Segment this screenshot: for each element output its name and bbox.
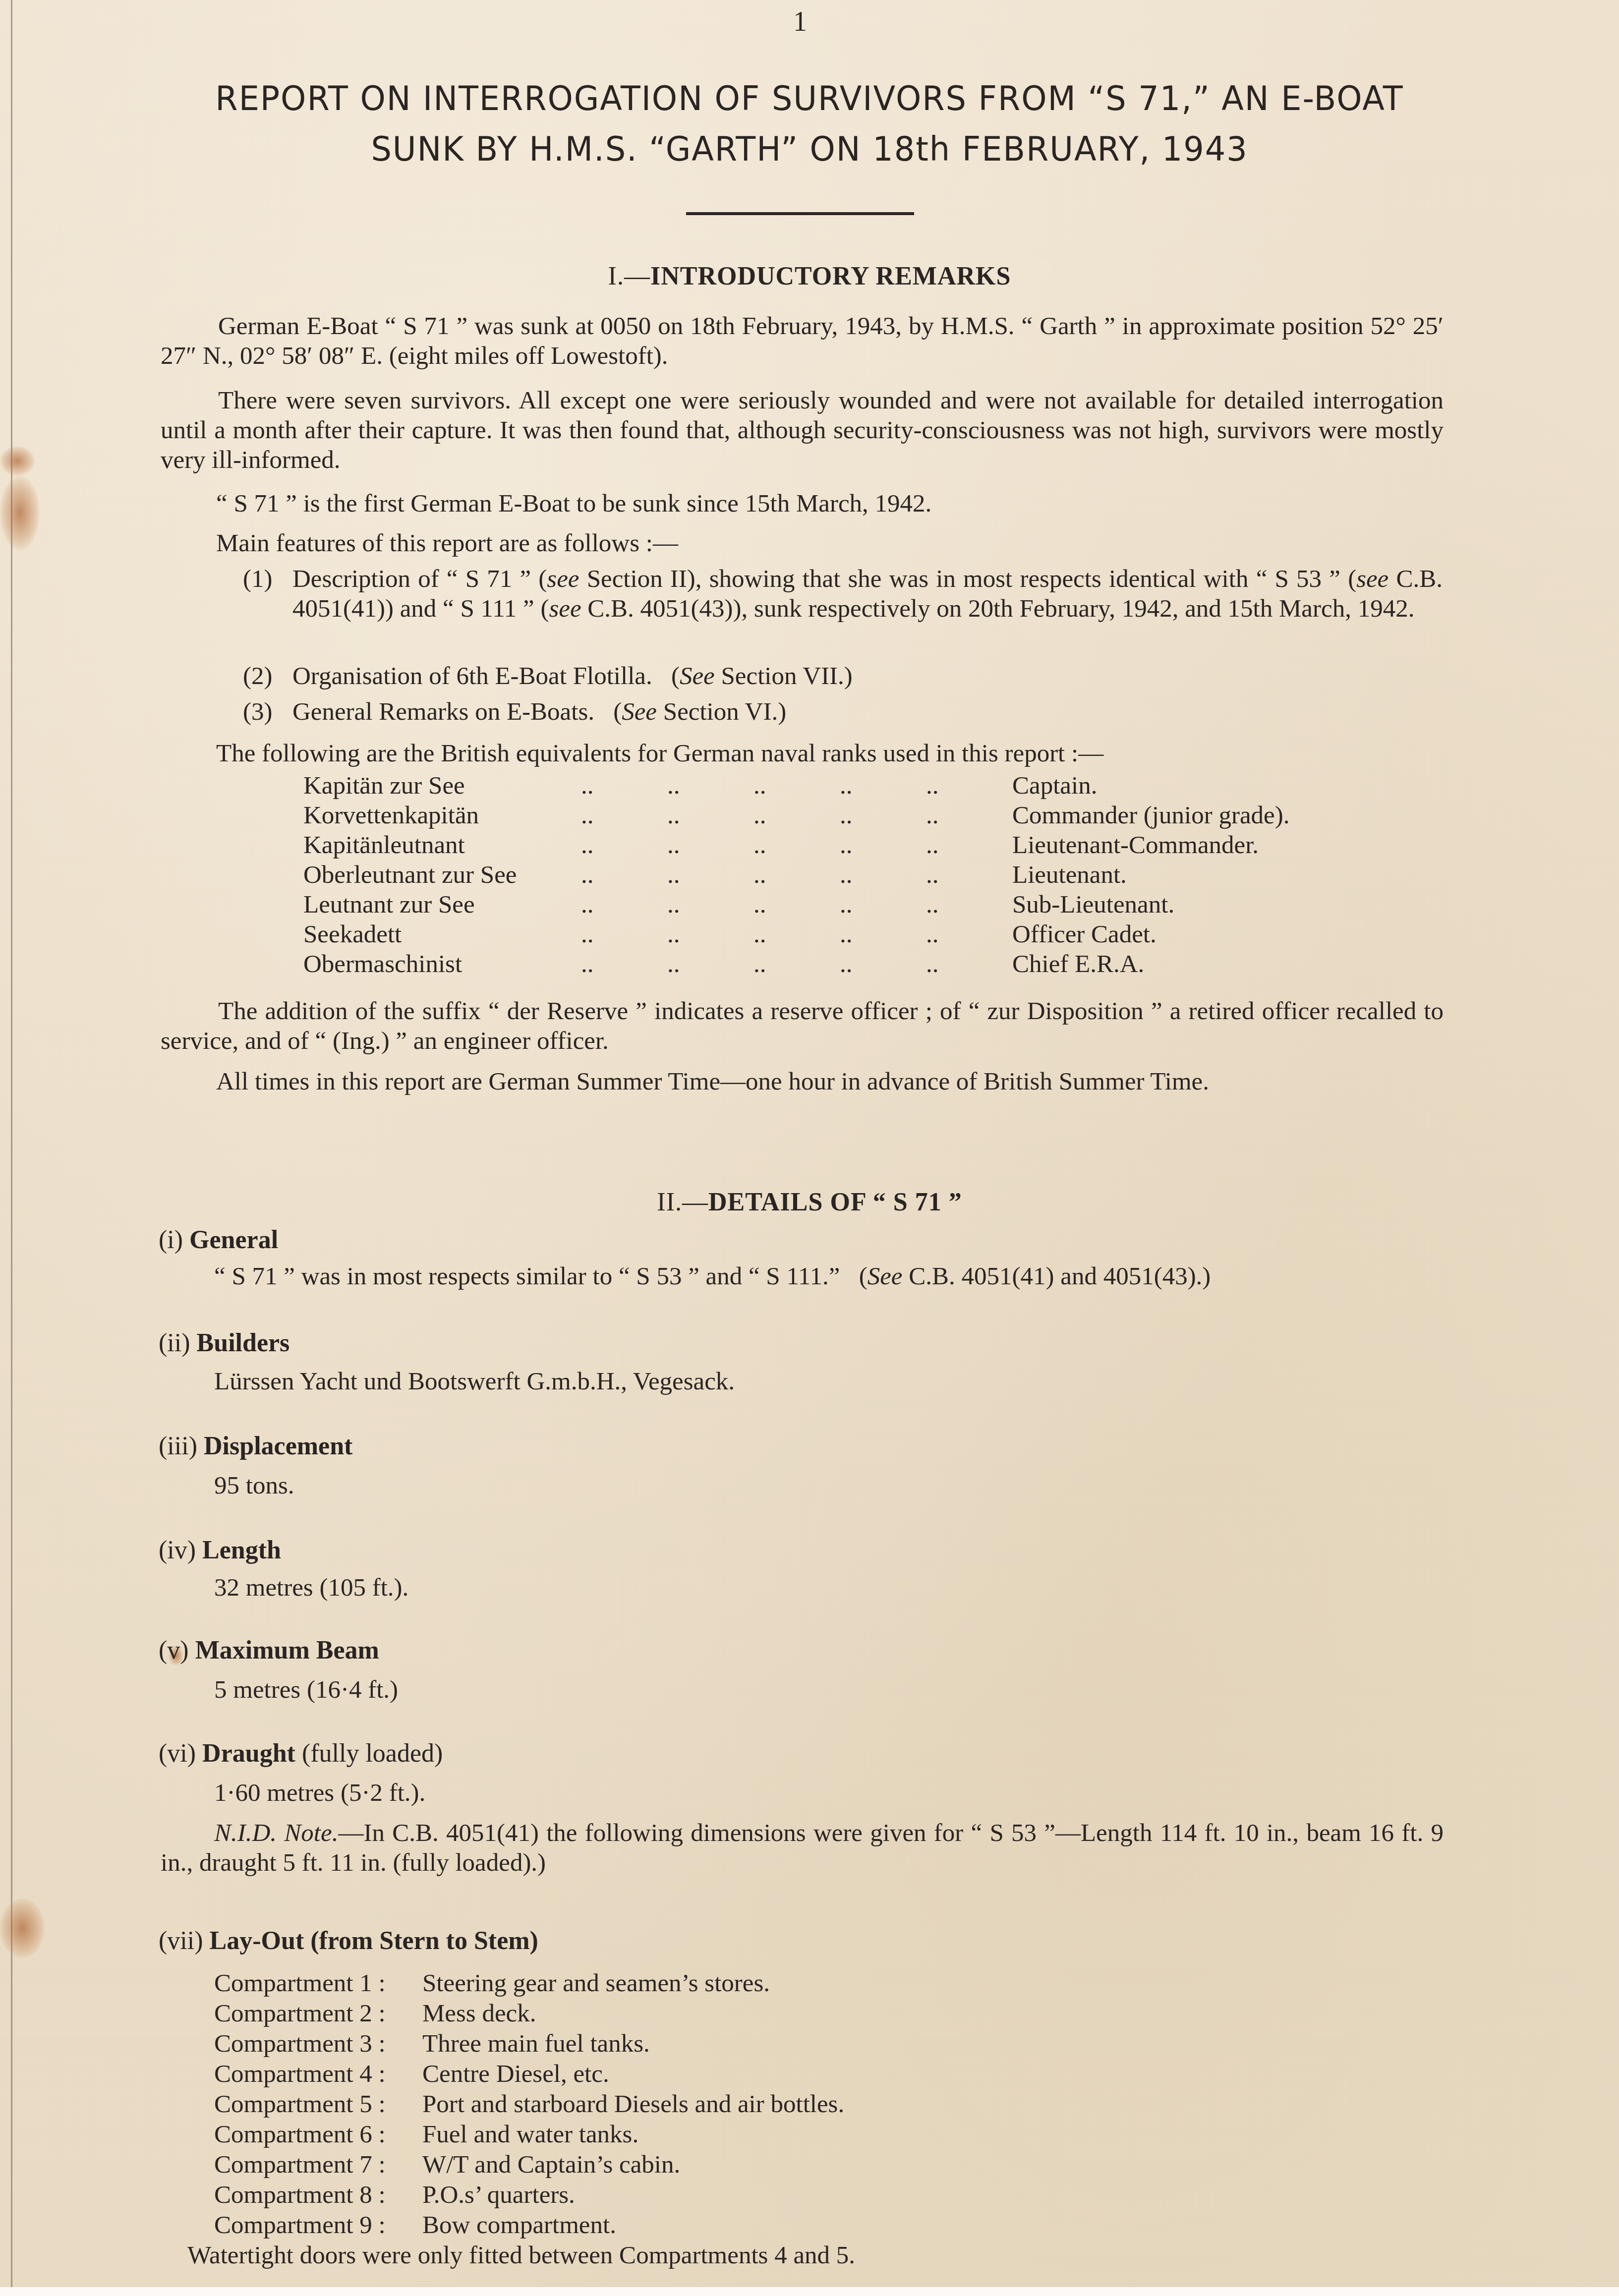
dots: ..: [926, 920, 1012, 949]
rank-row: Seekadett..........Officer Cadet.: [303, 920, 1394, 950]
feature-text: General Remarks on E-Boats. (See Section…: [292, 697, 1433, 727]
compartment-description: Centre Diesel, etc.: [422, 2060, 609, 2088]
dots: ..: [753, 831, 840, 860]
feature-item-2: (2) Organisation of 6th E-Boat Flotilla.…: [243, 661, 1447, 691]
section-2-heading: II.—DETAILS OF “ S 71 ”: [0, 1188, 1619, 1217]
compartment-name: Compartment 5 :: [214, 2090, 422, 2119]
compartment-name: Compartment 9 :: [214, 2211, 422, 2239]
text: C.B. 4051(41) and 4051(43).): [903, 1263, 1211, 1290]
rank-row: Kapitänleutnant..........Lieutenant-Comm…: [303, 831, 1394, 861]
compartment-description: W/T and Captain’s cabin.: [422, 2151, 680, 2179]
section-1-heading: I.—INTRODUCTORY REMARKS: [0, 262, 1619, 291]
rank-row: Korvettenkapitän..........Commander (jun…: [303, 801, 1394, 831]
detail-beam-value: 5 metres (16·4 ft.): [214, 1675, 398, 1704]
rank-row: Leutnant zur See..........Sub-Lieutenant…: [303, 890, 1394, 920]
item-number: (ii): [159, 1329, 190, 1357]
compartment-description: Three main fuel tanks.: [422, 2030, 650, 2058]
dots: ..: [926, 890, 1012, 919]
rank-row: Oberleutnant zur See..........Lieutenant…: [303, 861, 1394, 890]
german-rank: Leutnant zur See: [303, 890, 475, 919]
text: —In C.B. 4051(41) the following dimensio…: [161, 1819, 1444, 1877]
item-number: (vi): [159, 1739, 196, 1768]
item-label: Maximum Beam: [195, 1636, 379, 1665]
dots: ..: [840, 920, 926, 949]
dots: ..: [667, 771, 753, 800]
text: see: [547, 565, 579, 593]
compartment-description: Fuel and water tanks.: [422, 2121, 638, 2148]
rank-row: Obermaschinist..........Chief E.R.A.: [303, 950, 1394, 979]
dots: ..: [581, 801, 667, 830]
intro-paragraph-first-sunk: “ S 71 ” is the first German E-Boat to b…: [216, 489, 931, 518]
suffix-paragraph: The addition of the suffix “ der Reserve…: [161, 996, 1444, 1056]
british-rank: Sub-Lieutenant.: [1012, 890, 1174, 919]
feature-text: Description of “ S 71 ” (see Section II)…: [292, 564, 1443, 624]
compartment-name: Compartment 8 :: [214, 2181, 422, 2209]
detail-general-heading: (i) General: [159, 1225, 278, 1255]
british-rank: Commander (junior grade).: [1012, 801, 1289, 830]
leader-dots: ..........: [581, 831, 1012, 860]
compartment-row: Compartment 5 :Port and starboard Diesel…: [214, 2090, 844, 2119]
leader-dots: ..........: [581, 861, 1012, 889]
dots: ..: [926, 801, 1012, 830]
dots: ..: [753, 920, 840, 949]
text: Section II), showing that she was in mos…: [579, 565, 1356, 593]
item-label: Length: [202, 1536, 281, 1564]
compartment-row: Compartment 9 :Bow compartment.: [214, 2211, 616, 2239]
dots: ..: [926, 861, 1012, 889]
leader-dots: ..........: [581, 950, 1012, 978]
compartment-description: P.O.s’ quarters.: [422, 2181, 575, 2209]
watertight-note: Watertight doors were only fitted betwee…: [187, 2240, 855, 2270]
dots: ..: [581, 831, 667, 860]
compartment-row: Compartment 2 :Mess deck.: [214, 1999, 536, 2028]
dots: ..: [581, 861, 667, 889]
text: see: [549, 595, 581, 623]
feature-marker: (1): [243, 564, 272, 594]
text: “ S 71 ” was in most respects similar to…: [214, 1263, 840, 1290]
detail-layout-heading: (vii) Lay-Out (from Stern to Stem): [159, 1926, 538, 1955]
detail-displacement-heading: (iii) Displacement: [159, 1432, 352, 1461]
dots: ..: [840, 950, 926, 978]
item-label-suffix: (fully loaded): [295, 1739, 443, 1768]
leader-dots: ..........: [581, 801, 1012, 830]
detail-length-value: 32 metres (105 ft.).: [214, 1573, 408, 1602]
dots: ..: [667, 890, 753, 919]
text: See: [867, 1263, 903, 1290]
item-label: Builders: [197, 1329, 290, 1357]
compartment-row: Compartment 6 :Fuel and water tanks.: [214, 2120, 638, 2149]
dots: ..: [753, 890, 840, 919]
text: N.I.D. Note.: [214, 1819, 338, 1847]
dots: ..: [840, 861, 926, 889]
text: General Remarks on E-Boats.: [292, 698, 594, 726]
text: Section VI.): [657, 698, 786, 726]
german-rank: Korvettenkapitän: [303, 801, 479, 830]
british-rank: Chief E.R.A.: [1012, 950, 1144, 978]
feature-marker: (3): [243, 697, 272, 727]
item-label: General: [189, 1226, 278, 1254]
item-number: (i): [159, 1226, 183, 1254]
leader-dots: ..........: [581, 890, 1012, 919]
scan-edge: [0, 2287, 1619, 2296]
features-intro: Main features of this report are as foll…: [216, 528, 678, 558]
feature-marker: (2): [243, 661, 272, 691]
title-divider: [686, 212, 914, 215]
dots: ..: [667, 950, 753, 978]
text: See: [680, 662, 715, 690]
dots: ..: [581, 950, 667, 978]
feature-item-3: (3) General Remarks on E-Boats. (See Sec…: [243, 697, 1447, 727]
text: C.B. 4051(43)), sunk respectively on 20t…: [581, 595, 1415, 623]
dots: ..: [926, 771, 1012, 800]
feature-item-1: (1) Description of “ S 71 ” (see Section…: [243, 564, 1447, 658]
item-label: Lay-Out (from Stern to Stem): [210, 1927, 538, 1955]
text: see: [1356, 565, 1388, 593]
compartment-name: Compartment 6 :: [214, 2120, 422, 2149]
rank-row: Kapitän zur See..........Captain.: [303, 771, 1394, 801]
british-rank: Lieutenant.: [1012, 861, 1127, 889]
compartment-name: Compartment 3 :: [214, 2029, 422, 2058]
german-rank: Kapitänleutnant: [303, 831, 465, 860]
item-label: Displacement: [204, 1432, 352, 1460]
detail-draught-value: 1·60 metres (5·2 ft.).: [214, 1779, 425, 1807]
dots: ..: [840, 890, 926, 919]
dots: ..: [840, 831, 926, 860]
detail-draught-heading: (vi) Draught (fully loaded): [159, 1739, 443, 1768]
dots: ..: [581, 920, 667, 949]
dots: ..: [753, 950, 840, 978]
text: Description of “ S 71 ” (: [292, 565, 547, 593]
dots: ..: [926, 950, 1012, 978]
german-rank: Obermaschinist: [303, 950, 462, 978]
nid-note: N.I.D. Note.—In C.B. 4051(41) the follow…: [161, 1818, 1444, 1878]
item-label: Draught: [202, 1739, 295, 1768]
section-2-number: II.—: [657, 1188, 708, 1216]
dots: ..: [840, 771, 926, 800]
british-rank: Officer Cadet.: [1012, 920, 1156, 949]
dots: ..: [840, 801, 926, 830]
leader-dots: ..........: [581, 920, 1012, 949]
compartment-row: Compartment 4 :Centre Diesel, etc.: [214, 2060, 609, 2088]
compartment-description: Mess deck.: [422, 2000, 536, 2027]
text: Organisation of 6th E-Boat Flotilla.: [292, 662, 652, 690]
dots: ..: [581, 890, 667, 919]
dots: ..: [753, 771, 840, 800]
item-number: (iii): [159, 1432, 197, 1460]
detail-length-heading: (iv) Length: [159, 1536, 281, 1565]
report-title-line-1: REPORT ON INTERROGATION OF SURVIVORS FRO…: [32, 79, 1586, 118]
compartment-description: Bow compartment.: [422, 2211, 616, 2239]
compartment-row: Compartment 1 :Steering gear and seamen’…: [214, 1969, 770, 1998]
compartment-row: Compartment 7 :W/T and Captain’s cabin.: [214, 2150, 680, 2179]
british-rank: Lieutenant-Commander.: [1012, 831, 1259, 860]
compartment-description: Steering gear and seamen’s stores.: [422, 1969, 770, 1997]
detail-beam-heading: (v) Maximum Beam: [159, 1636, 379, 1665]
dots: ..: [753, 801, 840, 830]
report-title-line-2: SUNK BY H.M.S. “GARTH” ON 18th FEBRUARY,…: [32, 130, 1586, 169]
dots: ..: [667, 831, 753, 860]
german-rank: Seekadett: [303, 920, 402, 949]
text: Section VII.): [715, 662, 853, 690]
dots: ..: [667, 801, 753, 830]
item-number: (vii): [159, 1927, 203, 1955]
compartment-name: Compartment 1 :: [214, 1969, 422, 1998]
british-rank: Captain.: [1012, 771, 1097, 800]
text: See: [622, 698, 657, 726]
german-rank: Kapitän zur See: [303, 771, 465, 800]
compartment-row: Compartment 3 :Three main fuel tanks.: [214, 2029, 650, 2058]
detail-builders-heading: (ii) Builders: [159, 1328, 289, 1358]
section-1-number: I.—: [608, 262, 650, 290]
times-paragraph: All times in this report are German Summ…: [216, 1067, 1209, 1096]
dots: ..: [581, 771, 667, 800]
dots: ..: [753, 861, 840, 889]
detail-builders-value: Lürssen Yacht und Bootswerft G.m.b.H., V…: [214, 1367, 735, 1396]
leader-dots: ..........: [581, 771, 1012, 800]
german-rank: Oberleutnant zur See: [303, 861, 517, 889]
item-number: (iv): [159, 1536, 196, 1564]
compartment-row: Compartment 8 :P.O.s’ quarters.: [214, 2181, 575, 2209]
feature-text: Organisation of 6th E-Boat Flotilla. (Se…: [292, 661, 1433, 691]
compartment-name: Compartment 2 :: [214, 1999, 422, 2028]
dots: ..: [667, 920, 753, 949]
item-number: (v): [159, 1636, 189, 1665]
compartment-description: Port and starboard Diesels and air bottl…: [422, 2090, 844, 2118]
document-page: 1 REPORT ON INTERROGATION OF SURVIVORS F…: [0, 0, 1619, 2296]
dots: ..: [926, 831, 1012, 860]
intro-paragraph-survivors: There were seven survivors. All except o…: [161, 386, 1444, 475]
page-number: 1: [793, 6, 807, 38]
detail-general-value: “ S 71 ” was in most respects similar to…: [214, 1262, 1211, 1291]
section-2-title: DETAILS OF “ S 71 ”: [708, 1188, 962, 1216]
detail-displacement-value: 95 tons.: [214, 1471, 294, 1500]
intro-paragraph-sinking: German E-Boat “ S 71 ” was sunk at 0050 …: [161, 311, 1444, 371]
ranks-intro: The following are the British equivalent…: [216, 739, 1103, 768]
section-1-title: INTRODUCTORY REMARKS: [650, 262, 1011, 290]
dots: ..: [667, 861, 753, 889]
compartment-name: Compartment 4 :: [214, 2060, 422, 2088]
compartment-name: Compartment 7 :: [214, 2150, 422, 2179]
